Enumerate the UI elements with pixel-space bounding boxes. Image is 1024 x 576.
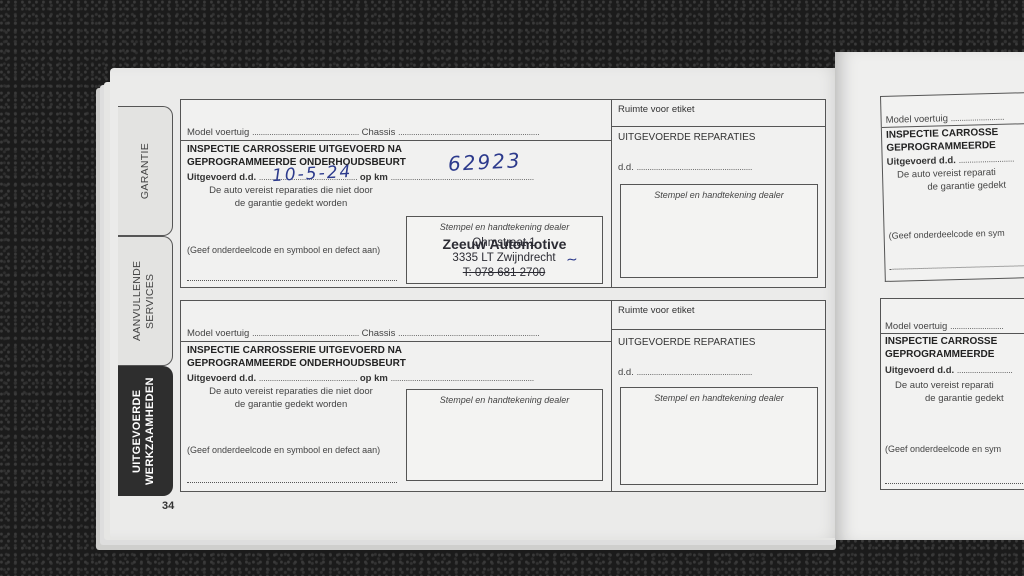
repairs-stamp-box: Stempel en handtekening dealer	[620, 387, 818, 485]
model-label: Model voertuig	[187, 328, 249, 339]
model-label: Model voertuig	[885, 113, 948, 126]
uitgevoerd-label: Uitgevoerd d.d.	[885, 365, 954, 376]
chassis-label: Chassis	[362, 127, 396, 138]
repairs-stamp-box: Stempel en handtekening dealer	[620, 184, 818, 278]
right-page-form-1: Model voertuig .........................…	[880, 92, 1024, 282]
tab-label: AANVULLENDE SERVICES	[131, 237, 159, 365]
part-code-instruction: (Geef onderdeelcode en symbool en defect…	[187, 445, 380, 455]
part-code-instruction: (Geef onderdeelcode en symbool en defect…	[187, 245, 380, 255]
part-code-field[interactable]	[187, 482, 397, 483]
part-code-instruction: (Geef onderdeelcode en sym	[885, 444, 1001, 454]
form-title: INSPECTIE CARROSSE GEPROGRAMMEERDE	[885, 335, 997, 361]
date-km-row: Uitgevoerd d.d. ........................…	[187, 172, 607, 183]
date-row: Uitgevoerd d.d. ........................…	[885, 365, 1024, 376]
divider	[612, 329, 826, 330]
model-label: Model voertuig	[187, 127, 249, 138]
title-line-1: INSPECTIE CARROSSERIE UITGEVOERD NA	[187, 143, 406, 156]
dd-label: d.d.	[618, 162, 634, 173]
dealer-phone: T: 078 681 2700	[406, 267, 602, 279]
dealer-street: Ohmstraat 1	[406, 237, 602, 249]
form-right-section: Ruimte voor etiket UITGEVOERDE REPARATIE…	[611, 100, 826, 287]
title-line-2: GEPROGRAMMEERDE	[886, 139, 999, 155]
note-line-2: de garantie gedekt worden	[191, 197, 391, 210]
note-line-1: De auto vereist reparaties die niet door	[191, 184, 391, 197]
stamp-title: Stempel en handtekening dealer	[621, 190, 817, 200]
note-line-1: De auto vereist reparati	[895, 379, 1024, 392]
form-title: INSPECTIE CARROSSE GEPROGRAMMEERDE	[886, 126, 999, 155]
handwritten-date: 10-5-24	[272, 162, 353, 186]
tab-uitgevoerde-werkzaamheden[interactable]: UITGEVOERDE WERKZAAMHEDEN	[118, 366, 173, 496]
handwritten-km: 62923	[447, 148, 522, 176]
model-chassis-row: Model voertuig .........................…	[187, 127, 607, 138]
note-line-2: de garantie gedekt	[895, 392, 1024, 405]
dd-label: d.d.	[618, 367, 634, 378]
model-chassis-row: Model voertuig .........................…	[187, 328, 607, 339]
title-line-2: GEPROGRAMMEERDE ONDERHOUDSBEURT	[187, 357, 406, 370]
tab-aanvullende-services[interactable]: AANVULLENDE SERVICES	[118, 236, 173, 366]
title-line-1: INSPECTIE CARROSSE	[885, 335, 997, 348]
chassis-label: Chassis	[362, 328, 396, 339]
label-space: Ruimte voor etiket	[618, 305, 695, 316]
part-code-field[interactable]	[890, 265, 1024, 270]
divider	[181, 140, 611, 141]
repair-note: De auto vereist reparaties die niet door…	[191, 385, 391, 411]
signature: ~	[566, 252, 579, 269]
repair-note: De auto vereist reparaties die niet door…	[191, 184, 391, 210]
note-line-1: De auto vereist reparaties die niet door	[191, 385, 391, 398]
tab-garantie[interactable]: GARANTIE	[118, 106, 173, 236]
divider	[181, 341, 611, 342]
form-left-section: Model voertuig .........................…	[181, 301, 611, 491]
part-code-field[interactable]	[885, 483, 1024, 484]
label-space: Ruimte voor etiket	[618, 104, 695, 115]
date-km-row: Uitgevoerd d.d. ........................…	[187, 373, 607, 384]
form-title: INSPECTIE CARROSSERIE UITGEVOERD NA GEPR…	[187, 344, 406, 370]
model-label: Model voertuig	[885, 321, 947, 332]
stamp-title: Stempel en handtekening dealer	[407, 395, 602, 405]
tab-label: GARANTIE	[139, 143, 152, 199]
divider	[612, 126, 826, 127]
repair-note: De auto vereist reparati de garantie ged…	[895, 379, 1024, 405]
title-line-1: INSPECTIE CARROSSERIE UITGEVOERD NA	[187, 344, 406, 357]
repairs-title: UITGEVOERDE REPARATIES	[618, 337, 755, 348]
tab-label: UITGEVOERDE WERKZAAMHEDEN	[131, 367, 159, 495]
part-code-field[interactable]	[187, 280, 397, 281]
note-line-2: de garantie gedekt worden	[191, 398, 391, 411]
km-label: op km	[360, 172, 388, 183]
stamp-title: Stempel en handtekening dealer	[407, 222, 602, 232]
dealer-stamp-box: Stempel en handtekening dealer	[406, 389, 603, 481]
part-code-instruction: (Geef onderdeelcode en sym	[889, 228, 1005, 241]
inspection-form-2: Model voertuig .........................…	[180, 300, 826, 492]
model-row: Model voertuig .........................	[885, 321, 1024, 332]
repairs-title: UITGEVOERDE REPARATIES	[618, 132, 755, 143]
uitgevoerd-label: Uitgevoerd d.d.	[887, 155, 956, 168]
repair-note: De auto vereist reparati de garantie ged…	[897, 164, 1024, 195]
repairs-date-row: d.d. ...................................…	[618, 367, 818, 378]
divider	[881, 333, 1024, 334]
title-line-2: GEPROGRAMMEERDE	[885, 348, 997, 361]
km-label: op km	[360, 373, 388, 384]
repairs-date-row: d.d. ...................................…	[618, 162, 818, 173]
page-number: 34	[162, 500, 174, 512]
uitgevoerd-label: Uitgevoerd d.d.	[187, 373, 256, 384]
stamp-title: Stempel en handtekening dealer	[621, 393, 817, 403]
uitgevoerd-label: Uitgevoerd d.d.	[187, 172, 256, 183]
right-page-form-2: Model voertuig .........................…	[880, 298, 1024, 490]
form-right-section: Ruimte voor etiket UITGEVOERDE REPARATIE…	[611, 301, 826, 491]
